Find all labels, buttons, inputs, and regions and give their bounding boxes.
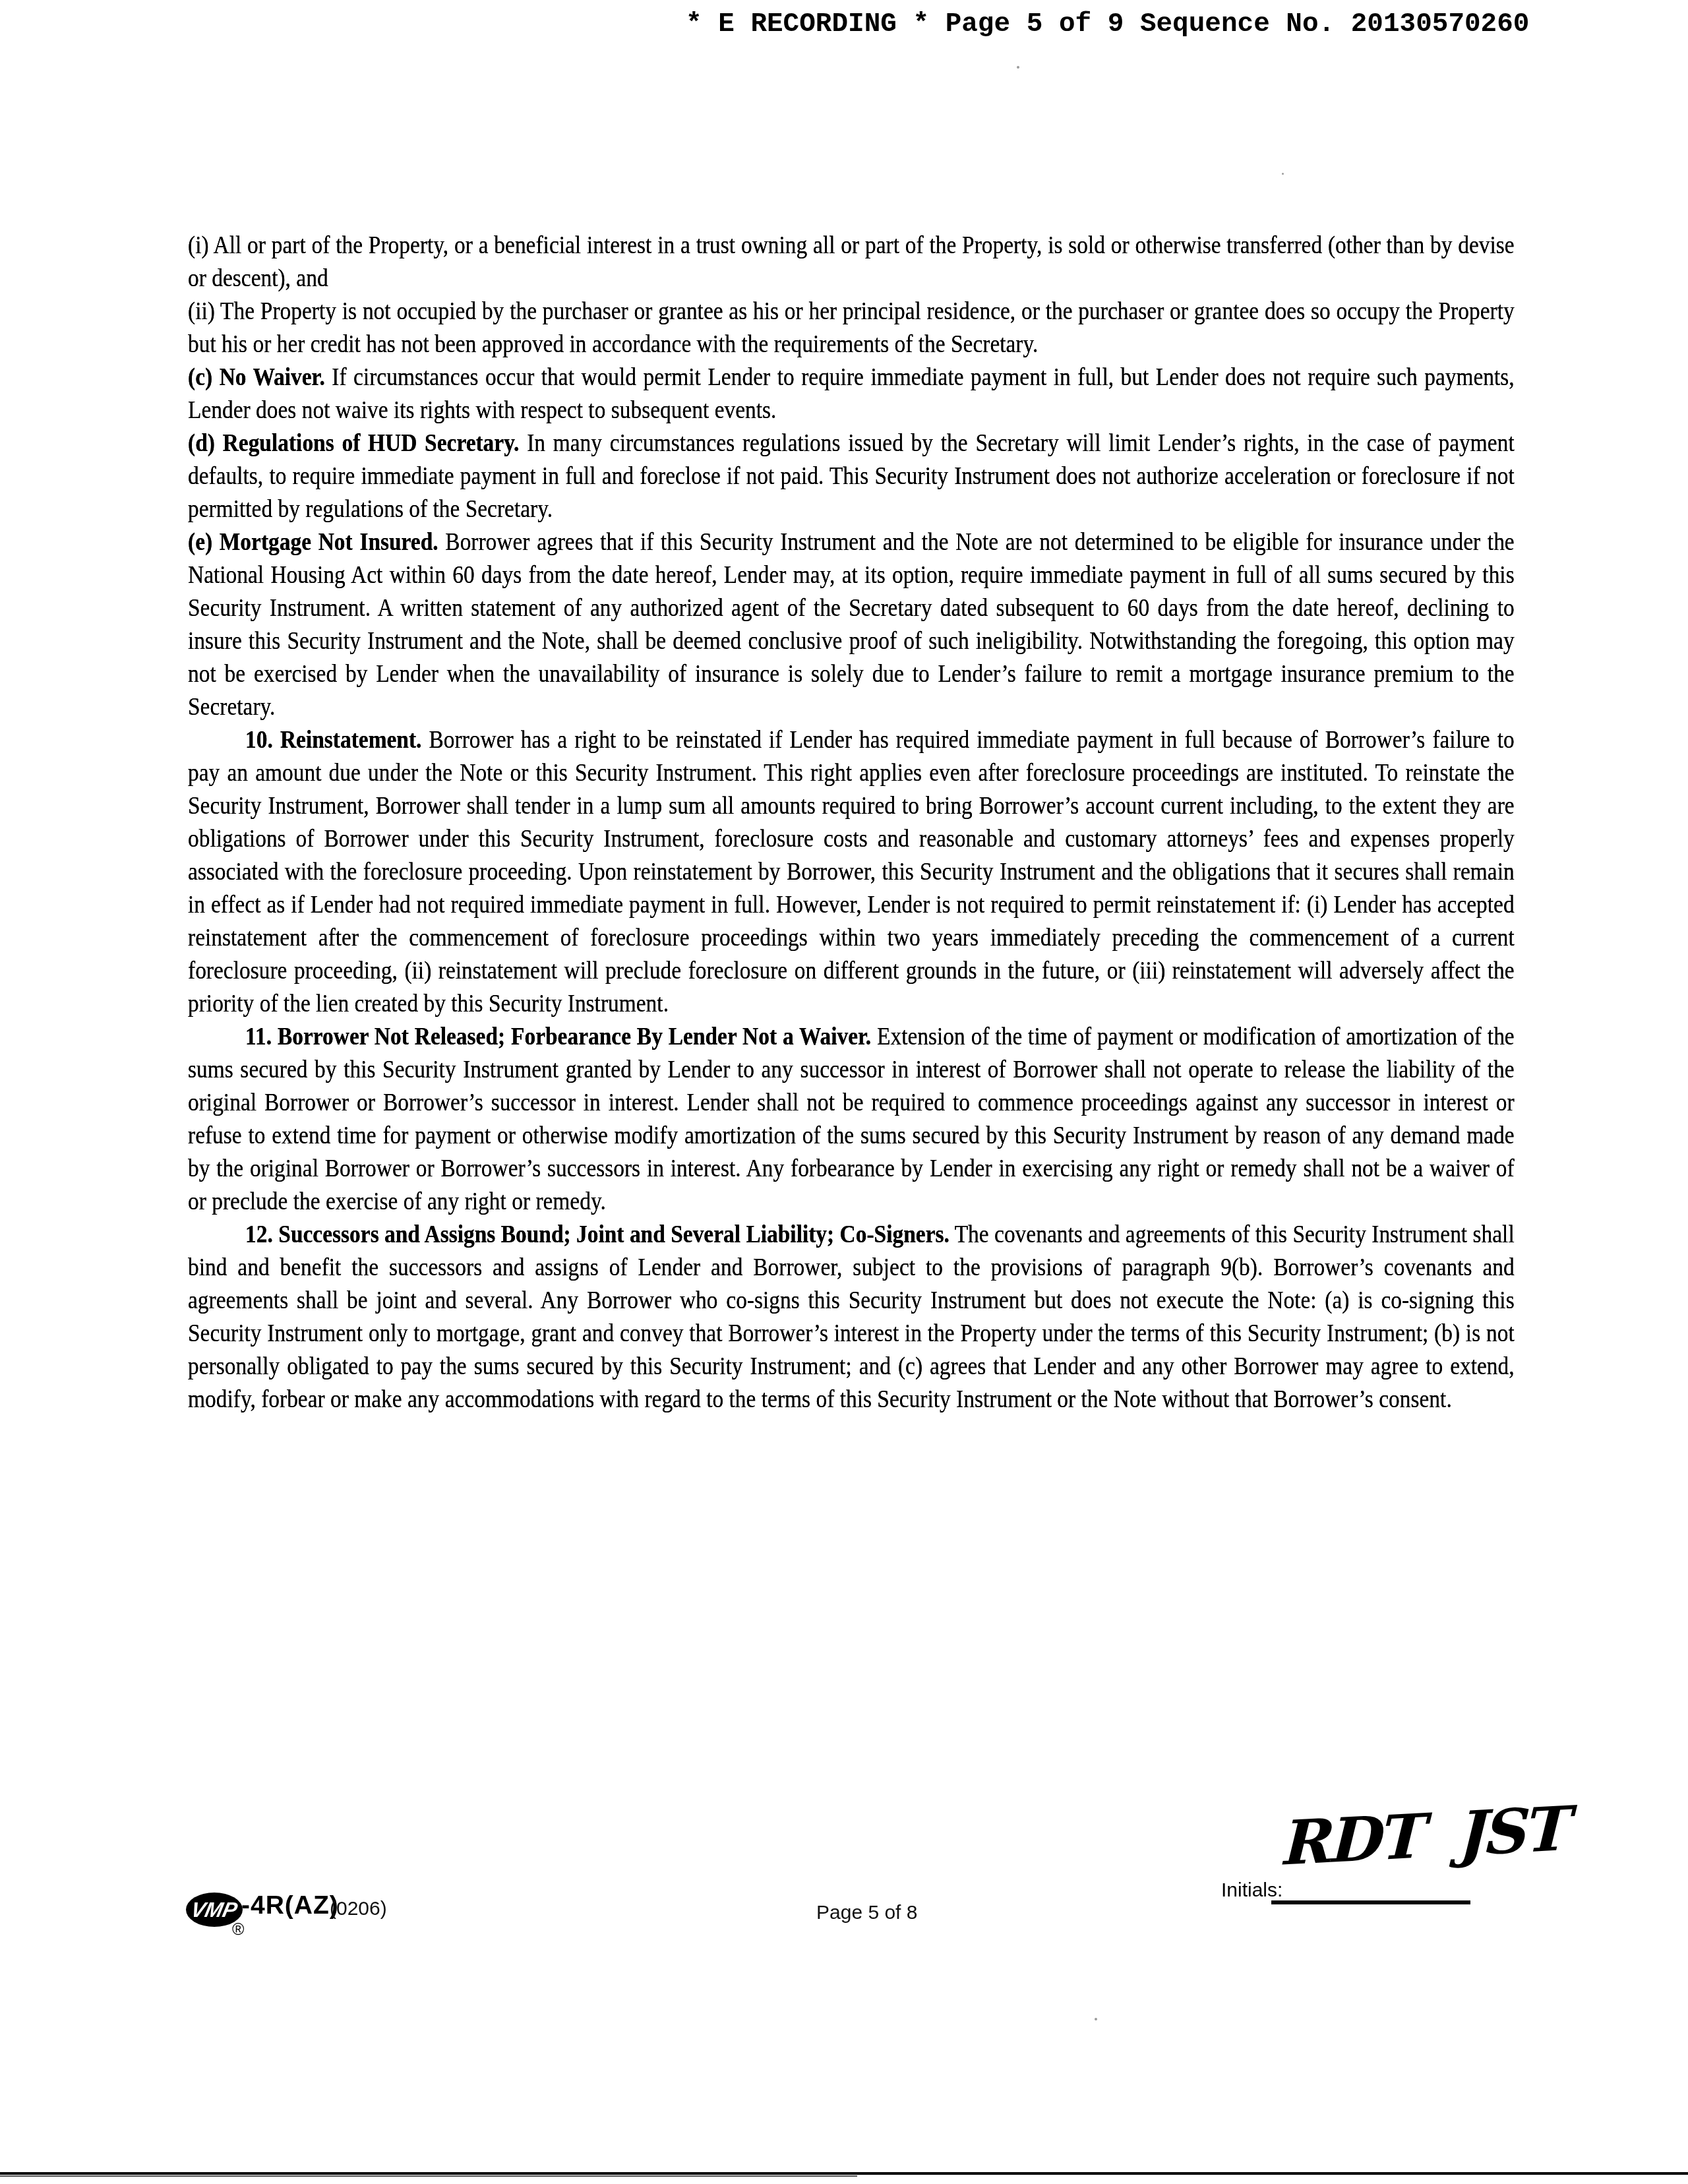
clause-ii-text: The Property is not occupied by the purc… [188, 297, 1515, 358]
vmp-logo-text: VMP [189, 1898, 239, 1922]
section-12-title: Successors and Assigns Bound; Joint and … [278, 1221, 950, 1248]
clause-ii-label: (ii) [188, 297, 215, 325]
handwritten-initials: RDT JST [1282, 1792, 1571, 1879]
document-body-text: (i) All or part of the Property, or a be… [188, 229, 1515, 1416]
clause-i-label: (i) [188, 231, 209, 259]
section-11-borrower-not-released: 11. Borrower Not Released; Forbearance B… [188, 1020, 1515, 1218]
section-10-title: Reinstatement. [280, 726, 422, 754]
paragraph-e-title: Mortgage Not Insured. [220, 528, 438, 556]
paragraph-c-no-waiver: (c) No Waiver. If circumstances occur th… [188, 361, 1515, 427]
paragraph-e-label: (e) [188, 528, 212, 556]
section-12-successors-and-assigns: 12. Successors and Assigns Bound; Joint … [188, 1218, 1515, 1416]
section-10-text: Borrower has a right to be reinstated if… [188, 726, 1515, 1017]
form-code-label: -4R(AZ) [241, 1891, 339, 1920]
page-bottom-scan-line-secondary [0, 2175, 857, 2177]
paragraph-e-mortgage-not-insured: (e) Mortgage Not Insured. Borrower agree… [188, 526, 1515, 723]
document-page: * E RECORDING * Page 5 of 9 Sequence No.… [0, 0, 1688, 2184]
page-number-label: Page 5 of 8 [816, 1902, 917, 1924]
form-revision-label: (0206) [330, 1898, 387, 1920]
paragraph-c-title: No Waiver. [220, 363, 325, 391]
e-recording-header: * E RECORDING * Page 5 of 9 Sequence No.… [686, 9, 1529, 40]
clause-i: (i) All or part of the Property, or a be… [188, 229, 1515, 295]
paragraph-c-label: (c) [188, 363, 212, 391]
clause-ii: (ii) The Property is not occupied by the… [188, 295, 1515, 361]
section-11-number: 11. [245, 1023, 272, 1050]
registered-trademark-mark: ® [232, 1920, 244, 1939]
paragraph-c-text: If circumstances occur that would permit… [188, 363, 1515, 424]
initials-underline [1271, 1900, 1470, 1904]
section-12-text: The covenants and agreements of this Sec… [188, 1221, 1515, 1413]
section-10-reinstatement: 10. Reinstatement. Borrower has a right … [188, 723, 1515, 1020]
section-11-title: Borrower Not Released; Forbearance By Le… [278, 1023, 871, 1050]
paragraph-d-title: Regulations of HUD Secretary. [223, 429, 520, 457]
scan-speck [1282, 173, 1284, 175]
section-10-number: 10. [245, 726, 273, 754]
section-12-number: 12. [245, 1221, 273, 1248]
paragraph-d-hud-regulations: (d) Regulations of HUD Secretary. In man… [188, 427, 1515, 526]
initials-label: Initials: [1221, 1879, 1282, 1902]
scan-speck [1095, 2018, 1097, 2020]
page-bottom-scan-line [0, 2172, 1688, 2175]
section-11-text: Extension of the time of payment or modi… [188, 1023, 1515, 1215]
paragraph-e-text: Borrower agrees that if this Security In… [188, 528, 1515, 721]
paragraph-d-label: (d) [188, 429, 215, 457]
scan-speck [1017, 66, 1019, 69]
clause-i-text: All or part of the Property, or a benefi… [188, 231, 1515, 292]
